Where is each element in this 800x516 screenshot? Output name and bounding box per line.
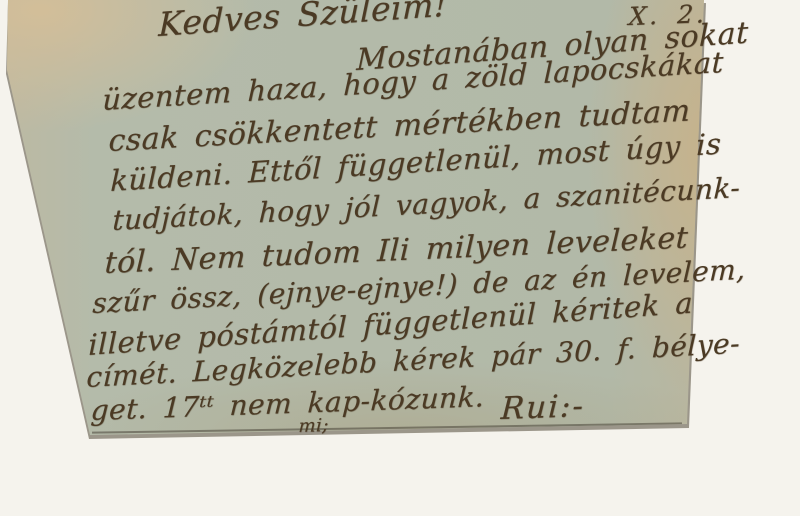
signature: Rui:- bbox=[500, 391, 586, 425]
scanned-postcard: X. 2. Kedves Szüleim! Mostanában olyan s… bbox=[0, 0, 800, 516]
insertion-mark: mi; bbox=[298, 417, 329, 436]
